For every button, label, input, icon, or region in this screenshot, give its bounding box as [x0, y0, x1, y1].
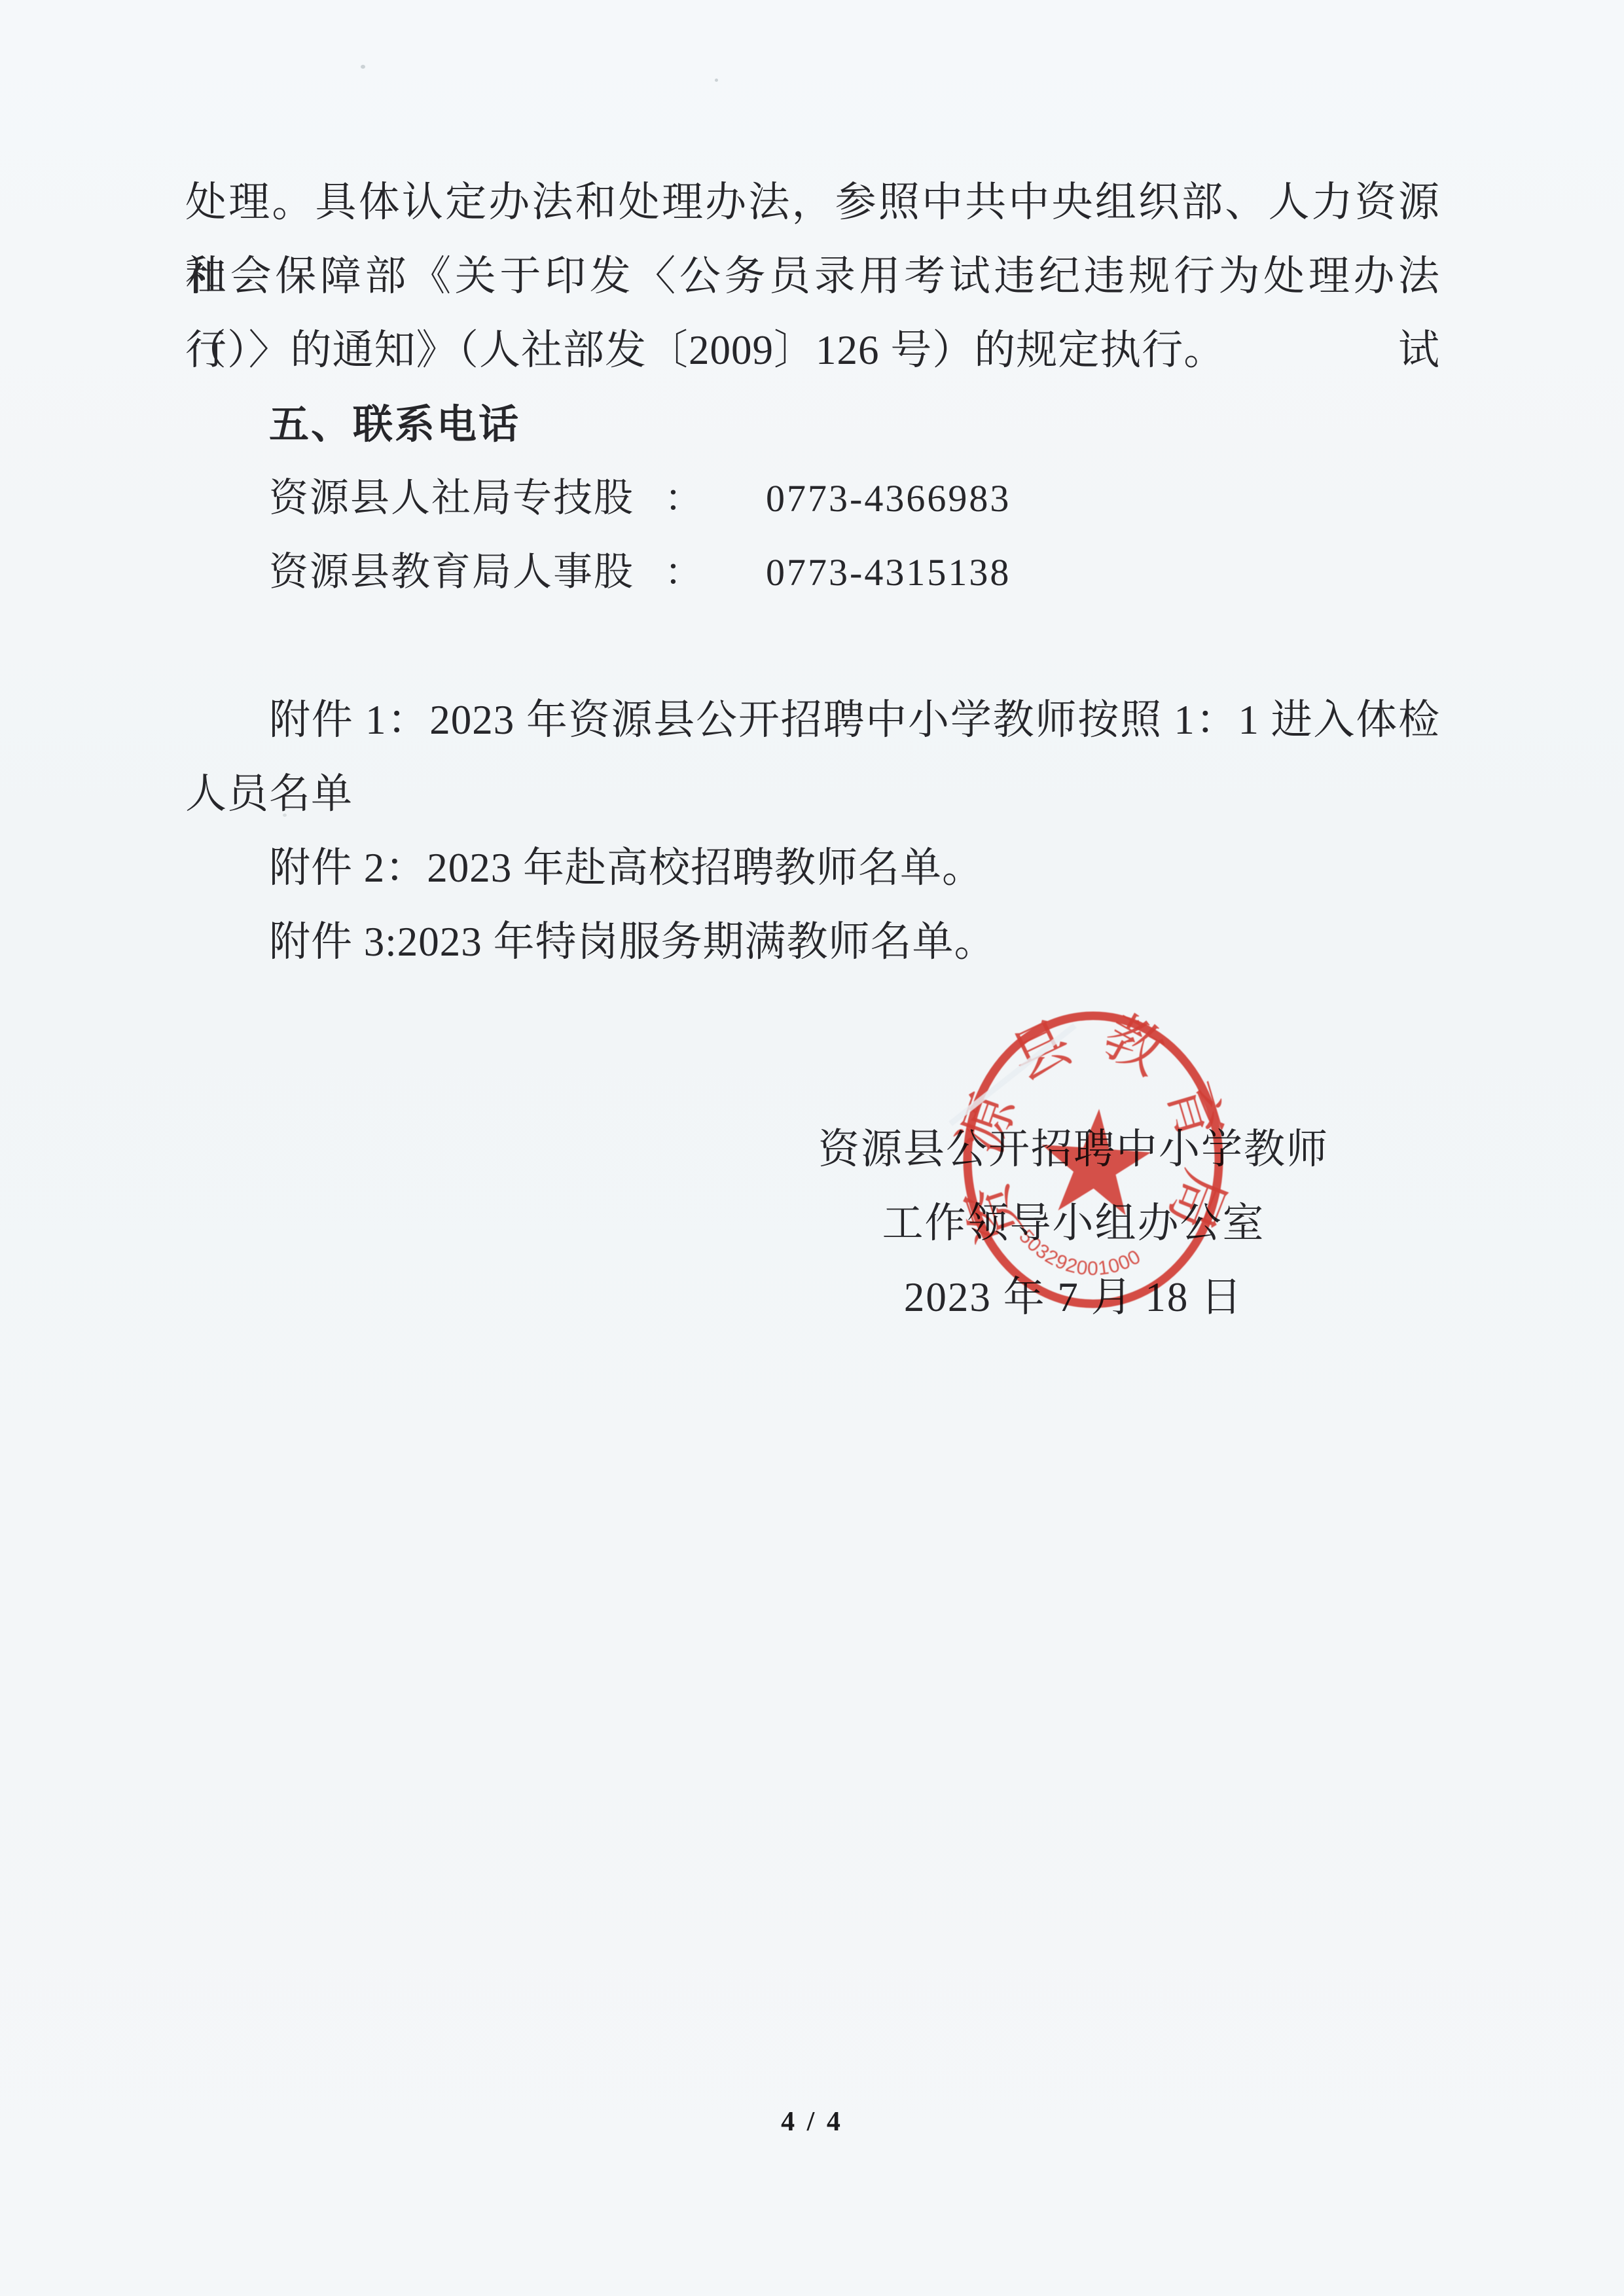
attachment-1-line-2: 人员名单 — [185, 757, 1440, 831]
scanned-document-page: { "meta": { "footer_page": "4 / 4" }, "c… — [0, 0, 1624, 2296]
contact-row-jiaoyu: 资源县教育局人事股 ： 0773-4315138 — [185, 535, 1440, 609]
attachment-3: 附件 3:2023 年特岗服务期满教师名单。 — [185, 905, 1440, 979]
contact-phone-number: 0773-4315138 — [766, 535, 1011, 609]
signature-org-line-2: 工作领导小组办公室 — [743, 1187, 1404, 1261]
contact-label: 资源县人社局专技股 — [269, 461, 634, 535]
scan-speck — [715, 79, 718, 82]
scan-speck — [283, 814, 287, 817]
signature-date: 2023 年 7 月 18 日 — [743, 1261, 1404, 1335]
paragraph-line-2: 社会保障部《关于印发〈公务员录用考试违纪违规行为处理办法（试 — [185, 240, 1440, 314]
attachment-2: 附件 2：2023 年赴高校招聘教师名单。 — [185, 831, 1440, 905]
section-heading-contacts: 五、联系电话 — [185, 387, 1440, 461]
contact-colon: ： — [664, 461, 703, 535]
scan-speck — [361, 65, 365, 69]
document-body: 处理。具体认定办法和处理办法，参照中共中央组织部、人力资源和 社会保障部《关于印… — [185, 166, 1440, 979]
paragraph-line-1: 处理。具体认定办法和处理办法，参照中共中央组织部、人力资源和 — [185, 166, 1440, 240]
paper-scratch — [950, 1026, 1075, 1124]
page-number: 4 / 4 — [0, 2106, 1624, 2138]
blank-line — [185, 609, 1440, 683]
contact-row-renshe: 资源县人社局专技股 ： 0773-4366983 — [185, 461, 1440, 535]
contact-colon: ： — [664, 535, 703, 609]
contact-phone-number: 0773-4366983 — [766, 461, 1011, 535]
attachment-1-line-1: 附件 1：2023 年资源县公开招聘中小学教师按照 1：1 进入体检 — [185, 683, 1440, 757]
signature-org-line-1: 资源县公开招聘中小学教师 — [743, 1113, 1404, 1187]
signature-block: 资源县公开招聘中小学教师 工作领导小组办公室 2023 年 7 月 18 日 — [743, 1113, 1404, 1335]
contact-label: 资源县教育局人事股 — [269, 535, 634, 609]
